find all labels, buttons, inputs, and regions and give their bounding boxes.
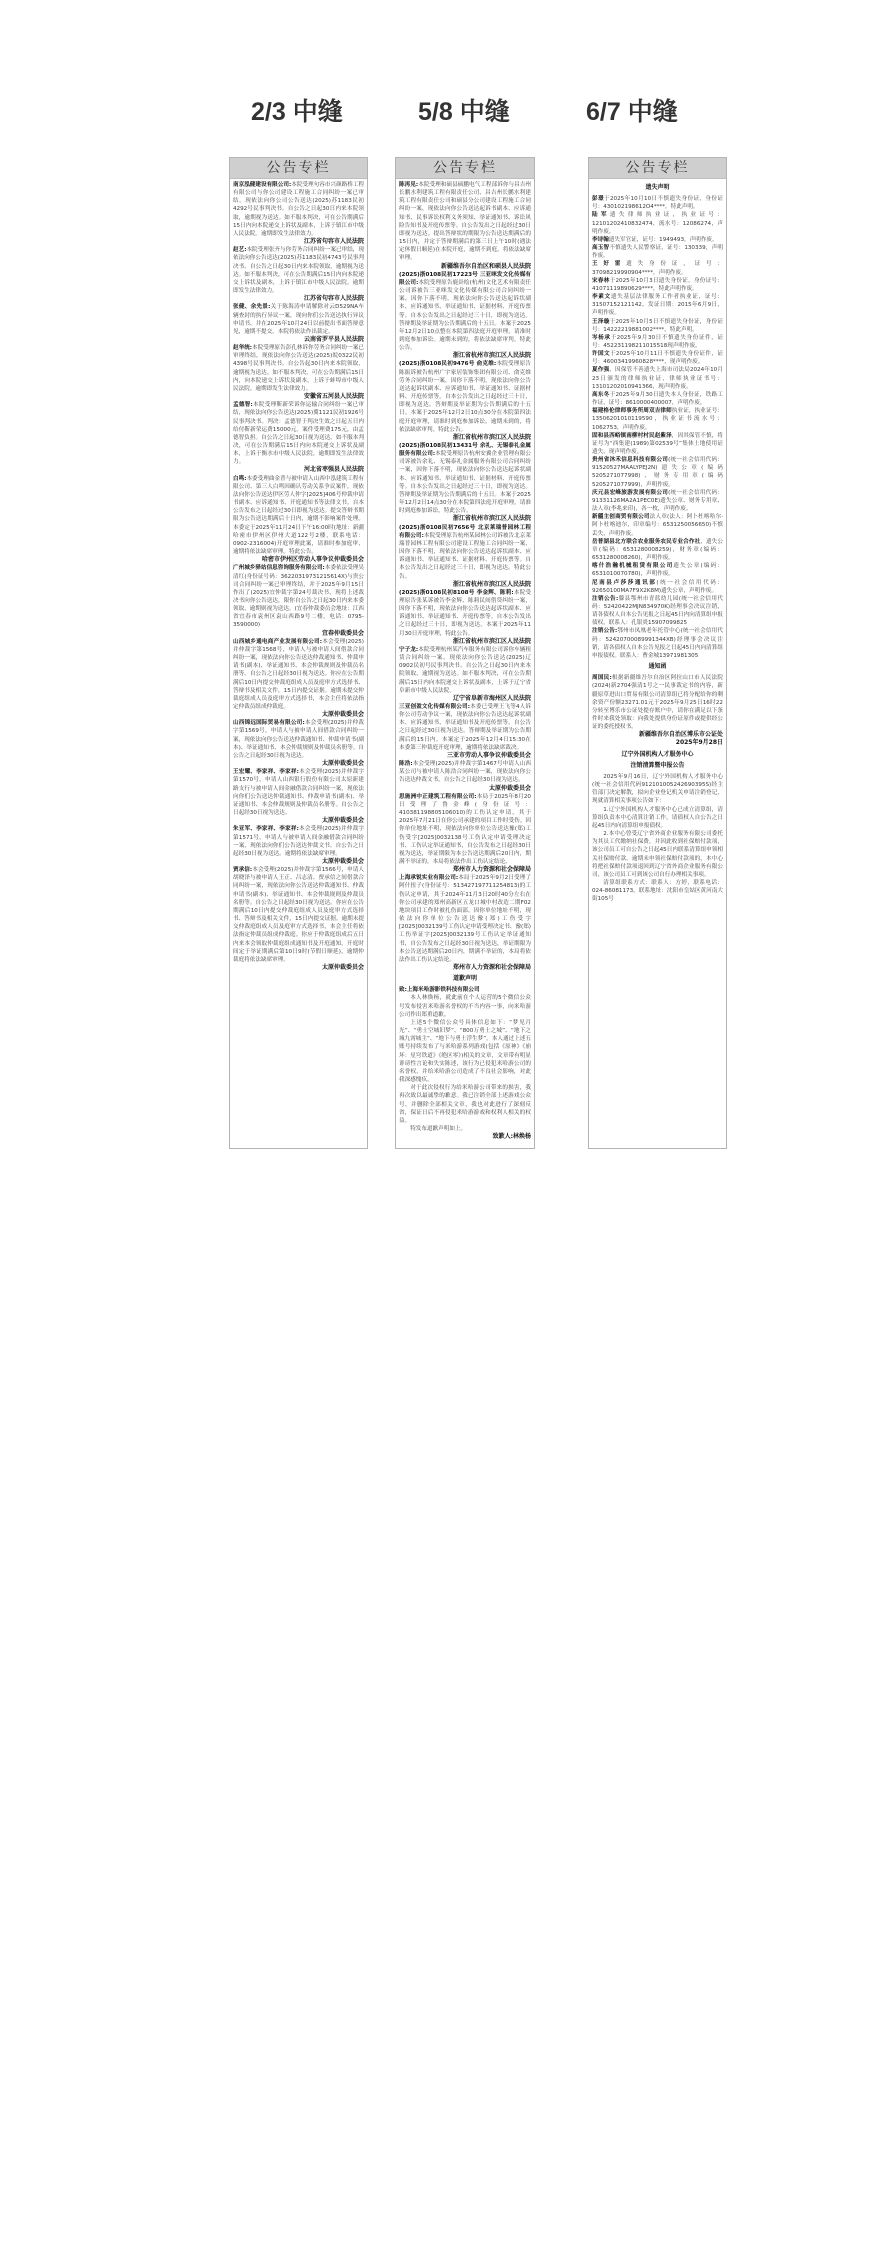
notice-signature: 宜春仲裁委员会 (233, 630, 364, 638)
notice-text: 本院受理句容市兴颜路桥工程有限公司与你公司建设工程施工合同纠纷一案已审结，现依法… (233, 182, 364, 237)
notice-signature: 河北省枣强县人民法院 (233, 466, 364, 474)
notice-paragraph: 清算组联系方式：联系人：方婷，联系电话：024-86081173，联系地址：沈阳… (592, 879, 723, 903)
notice-item: 致:上海米哈游影铁科技有限公司 (399, 986, 531, 994)
notice-item: 山西锦远国际贸易有限公司:本会受理(2025)并仲裁字第1569号，申请人与被申… (233, 719, 364, 760)
notice-item: 南京泓健建设有限公司:本院受理句容市兴颜路桥工程有限公司与你公司建设工程施工合同… (233, 181, 364, 238)
notice-paragraph: 对于此次侵权行为给米哈游公司带来的损害，我再次致以最诚挚的歉意。我已注销全部上述… (399, 1084, 531, 1125)
notice-text: 于2025年9月30日不慎遗失身份证件，证号：45223119821101551… (592, 335, 723, 349)
notice-entity: (2025)浙0108民初9476号 俞克维: (399, 361, 496, 367)
notice-item: 王好雷遗失身份证，证号：37098219990904****，声明作废。 (592, 260, 723, 276)
notice-entity: 致:上海米哈游影铁科技有限公司 (399, 987, 480, 993)
notice-text: 本会受理(2025)并仲裁字第1570号，申请人山西银行股份有限公司太原新建路支… (233, 769, 364, 816)
notice-entity: 南京泓健建设有限公司: (233, 182, 291, 188)
notice-item: 陈浩:本会受理(2025)并仲裁字第1467号申请人山西某公司与被申请人陈浩合同… (399, 760, 531, 784)
notice-paragraph: 本人林焕杨，就此前在个人运营的5个微信公众号发布侵害米哈游名誉权的不当内容一事，… (399, 994, 531, 1018)
notice-item: 岳普湖县北方联合农业服务农民专业合作社，遗失公章(编码：653128000825… (592, 538, 723, 562)
column-body: 南京泓健建设有限公司:本院受理句容市兴颜路桥工程有限公司与你公司建设工程施工合同… (230, 179, 367, 974)
notice-signature: 浙江省杭州市滨江区人民法院 (399, 581, 531, 589)
notice-entity: 白鸣: (233, 476, 246, 482)
notice-item: 福建格伦律师事务所周双吉律师执业证，执业证号：13506201010119590… (592, 407, 723, 431)
notice-item: 李诗翰遗失军官证，证号：1949493，声明作废。 (592, 236, 723, 244)
notice-item: 宋春林于2025年10月3日遗失身份证，身份证号：41071119890629*… (592, 277, 723, 293)
notice-signature: 浙江省杭州市滨江区人民法院 (399, 638, 531, 646)
notice-signature: 安徽省五河县人民法院 (233, 393, 364, 401)
notice-entity: 夏作强 (592, 367, 609, 373)
notice-entity: 高东冬 (592, 392, 610, 398)
notice-paragraph: 1.辽宁外国机构人才服务中心已成立清算组，清算组负责本中心清算注销工作，请债权人… (592, 806, 723, 830)
notice-item: 陆军遗失律师执业证，执业证号：12101202410832474，流水号：120… (592, 211, 723, 235)
notice-item: 注销公告:滕县鄂州市青蓝幼儿园(统一社会信用代码：52420422MJN8349… (592, 595, 723, 628)
notice-entity: 三亚创盈文化传媒有限公司: (399, 704, 470, 710)
notice-column-2: 公告专栏 陈再见:本院受理和硕县硕鹏电气工程部诉你与昌吉州长鹏水利建筑工程有限责… (395, 157, 535, 1149)
notice-column-3: 公告专栏 遗失声明彭璟于2025年10月10日不慎遗失身份证，身份证号：4301… (588, 157, 727, 1149)
notice-entity: 高玉智 (592, 245, 609, 251)
column-header: 公告专栏 (230, 158, 367, 179)
notice-entity: 彭璟 (592, 196, 604, 202)
notice-text: 本院受理原告杭州安翼企业管理有限公司诉被告余礼、无锡泰礼金属服务有限公司合同纠纷… (399, 451, 531, 514)
notice-signature: 郑州市人力资源和社会保障局 (399, 964, 531, 972)
notice-text: 本会受理(2025)并仲裁字第1566号，申请人胡晓泽与被申请人王正、吕志清、贾… (233, 867, 364, 963)
notice-title: 注销清算暨申报公告 (592, 762, 723, 770)
notice-signature: 浙江省杭州市滨江区人民法院 (399, 434, 531, 442)
notice-item: 新疆主创商贸有限公司法人章(法人：阿卜杜喀哈尔·阿卜杜喀迪尔，印章编号：6531… (592, 513, 723, 537)
notice-entity: 注销公告: (592, 628, 617, 634)
notice-entity: 李诗翰 (592, 237, 609, 243)
notice-item: 尼南县卢莎莎通讯部(统一社会信用代码：92650100MA7F9X2K8M)遗失… (592, 579, 723, 595)
notice-text: 本局于2025年9月2日受理了阿什扭子(身份证号：513427197711254… (399, 875, 531, 963)
notice-text: 不慎遗失人民警察证，证号：130339，声明作废。 (592, 245, 723, 259)
notice-signature: 太原仲裁委员会 (233, 858, 364, 866)
notice-text: 本局于2025年8月20日受理了鲁金峰(身份证号：410381198805106… (399, 794, 531, 865)
notice-item: 王泽璇于2025年10月5日不慎遗失身份证，身份证号：1422221988100… (592, 318, 723, 334)
notice-item: 许国文于2025年10月11日不慎遗失身份证件，证号：4600341996082… (592, 350, 723, 366)
notice-item: 彭璟于2025年10月10日不慎遗失身份证，身份证号：430102198612O… (592, 195, 723, 211)
notice-signature: 江苏省句容市人民法院 (233, 295, 364, 303)
notice-text: 本院受理靳新荣诉你运输合同纠纷一案已审结，现依法向你公告送达(2025)冀112… (233, 402, 364, 465)
notice-entity: 山西锦远国际贸易有限公司: (233, 720, 305, 726)
notice-item: 思施洲中正建筑工程有限公司:本局于2025年8月20日受理了鲁金峰(身份证号：4… (399, 793, 531, 866)
notice-item: (2025)浙0108民初7656号 北京莱瑞普园林工程有限公司:本院受理原告杭… (399, 524, 531, 581)
notice-signature: 致歉人:林焕杨 (399, 1133, 531, 1141)
notice-item: 陈再见:本院受理和硕县硕鹏电气工程部诉你与昌吉州长鹏水利建筑工程有限责任公司、昌… (399, 181, 531, 263)
notice-text: 本院受理原告张某诉被告李金辉、陈莉民间借贷纠纷一案，因你下落不明，现依法向你公告… (399, 590, 531, 637)
notice-entity: 新疆主创商贸有限公司 (592, 514, 650, 520)
notice-item: 岑杨承于2025年9月30日不慎遗失身份证件，证号：45223119821101… (592, 334, 723, 350)
notice-text: 本委依法受理吴清红(身份证号码：36220319731215614X)与贵公司合… (233, 565, 364, 628)
notice-entity: 注销公告: (592, 596, 618, 602)
notice-entity: 福建格伦律师事务所周双吉律师 (592, 408, 672, 414)
notice-signature: 太原仲裁委员会 (233, 711, 364, 719)
notice-paragraph: 2025年9月16日，辽宁外国机构人才服务中心(统一社会信用代码91210100… (592, 773, 723, 806)
notice-entity: 周国民: (592, 675, 612, 681)
notice-text: 本院受理张齐与你劳务合同纠纷一案已审结，现依法向你公告送达(2025)苏1183… (233, 247, 364, 294)
notice-text: 于2025年10月10日不慎遗失身份证，身份证号：430102198612O4*… (592, 196, 723, 210)
fold-label-2-3: 2/3 中缝 (251, 92, 343, 128)
notice-signature: 三亚市劳动人事争议仲裁委员会 (399, 752, 531, 760)
notice-text: 本院受理原告鹿卦绘(杭州)文化艺术有限责任公司诉被告三亚咪发文化传媒有限公司合同… (399, 280, 531, 351)
notice-text: 本会受理(2025)并仲裁字第1467号申请人山西某公司与被申请人陈浩合同纠纷一… (399, 761, 531, 783)
notice-item: 宁子龙:本院受理杭州某汽车服务有限公司诉你车辆租赁合同纠纷一案，现依法向你公告送… (399, 646, 531, 695)
notice-item: 赵华统:本院受理原告彭孔林诉你劳务合同纠纷一案已审理终结，现依法向你公告送达(2… (233, 344, 364, 393)
notice-signature: 太原仲裁委员会 (399, 785, 531, 793)
notice-item: 朱亚军、李家祥、李家祥:本会受理(2025)并仲裁字第1571号，申请人与被申请… (233, 825, 364, 858)
notice-item: 高玉智不慎遗失人民警察证，证号：130339，声明作废。 (592, 244, 723, 260)
notice-text: 于2025年10月3日遗失身份证，身份证号：41071119890629****… (592, 278, 723, 292)
notice-entity: 王宏耀、李家祥、李家祥: (233, 769, 299, 775)
notice-entity: 孟德智: (233, 402, 253, 408)
notice-item: 孟德智:本院受理靳新荣诉你运输合同纠纷一案已审结，现依法向你公告送达(2025)… (233, 401, 364, 466)
notice-entity: 赵华统: (233, 345, 252, 351)
column-body: 陈再见:本院受理和硕县硕鹏电气工程部诉你与昌吉州长鹏水利建筑工程有限责任公司、昌… (396, 179, 534, 1143)
notice-text: 遗失军官证，证号：1949493，声明作废。 (609, 237, 718, 243)
notice-title: 辽宁外国机构人才服务中心 (592, 751, 723, 759)
column-header: 公告专栏 (589, 158, 726, 179)
notice-paragraph: 特发布道歉声明如上。 (399, 1125, 531, 1133)
notice-text: 根据新疆维吾尔自治区阿拉山口市人民法院(2024)新2704强清1号之一民事裁定… (592, 675, 723, 730)
notice-entity: 王泽璇 (592, 319, 610, 325)
notice-entity: 喀什浩瀚机械租赁有限公司 (592, 563, 673, 569)
notice-entity: 固和县西峪镇南柳村村民赵紫泽 (592, 433, 672, 439)
notice-item: 贾承信:本会受理(2025)并仲裁字第1566号，申请人胡晓泽与被申请人王正、吕… (233, 866, 364, 964)
notice-item: 固和县西峪镇南柳村村民赵紫泽，因其保管不慎，将证号为“西集建(1989)第025… (592, 432, 723, 456)
notice-signature: 哈密市伊州区劳动人事争议仲裁委员会 (233, 556, 364, 564)
notice-entity: 广州城乡驿站信息咨询服务有限公司: (233, 565, 325, 571)
notice-item: 喀什浩瀚机械租赁有限公司遗失公章(编码：6531010070780)，声明作废。 (592, 562, 723, 578)
notice-item: (2025)浙0108民初13431号 余礼、无锡泰礼金属服务有限公司:本院受理… (399, 442, 531, 515)
notice-item: (2025)浙0108民初9476号 俞克维:本院受理原告陈振诉被告杭州广宇家居… (399, 360, 531, 433)
notice-entity: 贵州省沐禾信息科技有限公司 (592, 457, 668, 463)
notice-title: 道歉声明 (399, 975, 531, 983)
notice-signature: 太原仲裁委员会 (233, 964, 364, 972)
notice-text: ，因保管不善遗失上海市司法局2024年10月23日颁发的律师执业证，律师执业证书… (592, 367, 723, 389)
notice-signature: 2025年9月28日 (592, 739, 723, 747)
notice-text: 遗失基层法律服务工作者执业证，证号：31507152121142，发证日期：20… (592, 294, 723, 316)
notice-item: (2025)浙0108民初8108号 李金辉、陈莉:本院受理原告张某诉被告李金辉… (399, 589, 531, 638)
notice-entity: 王好雷 (592, 261, 626, 267)
notice-paragraph: 2.本中心曾受辽宁省外商企业服务有限公司委托为其员工代缴纳社保费，并因此收到社保… (592, 830, 723, 879)
notice-entity: 庆元县宏峰旅游发展有限公司 (592, 490, 668, 496)
notice-signature: 云南省罗平县人民法院 (233, 336, 364, 344)
notice-title: 遗失声明 (592, 184, 723, 192)
notice-entity: 朱亚军、李家祥、李家祥: (233, 826, 299, 832)
notice-entity: 宋春林 (592, 278, 610, 284)
notice-item: 夏作强，因保管不善遗失上海市司法局2024年10月23日颁发的律师执业证，律师执… (592, 366, 723, 390)
fold-label-5-8: 5/8 中缝 (418, 92, 510, 128)
notice-signature: 浙江省杭州市滨江区人民法院 (399, 352, 531, 360)
notice-item: 王宏耀、李家祥、李家祥:本会受理(2025)并仲裁字第1570号，申请人山西银行… (233, 768, 364, 817)
notice-text: 于2025年10月11日不慎遗失身份证件，证号：46003419960828**… (592, 351, 723, 365)
notice-text: 本院受理杭州某汽车服务有限公司诉你车辆租赁合同纠纷一案，现依法向你公告送达(20… (399, 647, 531, 694)
notice-entity: 陈再见: (399, 182, 418, 188)
column-header: 公告专栏 (396, 158, 534, 179)
notice-paragraph: 上述5个微信公众号具体信息如下：“梦见月光”、“勇士空城旧梦”、“800万勇士之… (399, 1019, 531, 1084)
notice-signature: 太原仲裁委员会 (233, 760, 364, 768)
notice-text: 本委已受理王飞等4人诉你公司劳动争议一案，现依法向你公告送达起诉状副本、应诉通知… (399, 704, 531, 751)
notice-item: 高东冬于2025年9月30日遗失本人身份证，铁路工作证，证号：861000040… (592, 391, 723, 407)
notice-entity: 宁子龙: (399, 647, 418, 653)
notice-entity: 陈浩: (399, 761, 413, 767)
notice-item: 上海承锐实业有限公司:本局于2025年9月2日受理了阿什扭子(身份证号：5134… (399, 874, 531, 964)
notice-item: 山西城乡通电商产业发展有限公司:本会受理(2025)并仲裁字第1568号，申请人… (233, 638, 364, 711)
notice-entity: 尼南县卢莎莎通讯部 (592, 580, 656, 586)
notice-entity: 赵艺: (233, 247, 246, 253)
notice-item: 庆元县宏峰旅游发展有限公司(统一社会信用代码：91331126MA2A1PEC0… (592, 489, 723, 513)
notice-entity: 张健、余先景: (233, 304, 270, 310)
notice-entity: 上海承锐实业有限公司: (399, 875, 458, 881)
notice-item: 周国民:根据新疆维吾尔自治区阿拉山口市人民法院(2024)新2704强清1号之一… (592, 674, 723, 731)
notice-entity: 山西城乡通电商产业发展有限公司: (233, 639, 322, 645)
notice-item: 赵艺:本院受理张齐与你劳务合同纠纷一案已审结，现依法向你公告送达(2025)苏1… (233, 246, 364, 295)
notice-entity: 岑杨承 (592, 335, 611, 341)
notice-column-1: 公告专栏 南京泓健建设有限公司:本院受理句容市兴颜路桥工程有限公司与你公司建设工… (229, 157, 368, 1149)
notice-text: 本院受理原告陈振诉被告杭州广宇家居装饰集团有限公司、俞克维劳务合同纠纷一案，因你… (399, 361, 531, 432)
notice-signature: 辽宁省阜新市海州区人民法院 (399, 695, 531, 703)
notice-signature: 江苏省句容市人民法院 (233, 238, 364, 246)
notice-entity: 许国文 (592, 351, 610, 357)
notice-text: 于2025年10月5日不慎遗失身份证，身份证号：14222219881002**… (592, 319, 723, 333)
notice-text: 本会受理(2025)并仲裁字第1568号，申请人与被申请人间借款合同纠纷一案，现… (233, 639, 364, 710)
notice-item: 注销公告:鄂州市凤凰老年托管中心(统一社会信用代码：52420700089991… (592, 627, 723, 660)
notice-item: 白鸣:本委受理曲金普与被申请人山西中泓建筑工程有限公司、第三人白鸣因确认劳动关系… (233, 475, 364, 557)
notice-signature: 郑州市人力资源和社会保障局 (399, 866, 531, 874)
fold-label-6-7: 6/7 中缝 (586, 92, 678, 128)
notice-item: 贵州省沐禾信息科技有限公司(统一社会信用代码：91520527MAALYPEJ2… (592, 456, 723, 489)
notice-signature: 新疆维吾尔自治区和硕县人民法院 (399, 263, 531, 271)
notice-entity: 贾承信: (233, 867, 252, 873)
notice-text: 于2025年9月30日遗失本人身份证，铁路工作证，证号：861000040000… (592, 392, 723, 406)
notice-text: 本院受理原告彭孔林诉你劳务合同纠纷一案已审理终结，现依法向你公告送达(2025)… (233, 345, 364, 392)
notice-title: 通知函 (592, 663, 723, 671)
column-body: 遗失声明彭璟于2025年10月10日不慎遗失身份证，身份证号：430102198… (589, 179, 726, 905)
notice-text: 本院受理原告杭州某园林公司诉被告北京莱瑞普园林工程有限公司建设工程施工合同纠纷一… (399, 533, 531, 580)
notice-item: 张健、余先景:关于陈海涛申请解除对云D529NA车辆查封的执行异议一案，现向你们… (233, 303, 364, 336)
notice-entity: 思施洲中正建筑工程有限公司: (399, 794, 477, 800)
notice-entity: (2025)浙0108民初8108号 李金辉、陈莉: (399, 590, 514, 596)
notice-signature: 太原仲裁委员会 (233, 817, 364, 825)
notice-signature: 浙江省杭州市滨江区人民法院 (399, 515, 531, 523)
notice-entity: 陆军 (592, 212, 610, 218)
notice-text: 遗失律师执业证，执业证号：12101202410832474，流水号：12086… (592, 212, 723, 234)
notice-item: 广州城乡驿站信息咨询服务有限公司:本委依法受理吴清红(身份证号码：3622031… (233, 564, 364, 629)
notice-item: (2025)浙0108民初17223号 三亚咪发文化传媒有限公司:本院受理原告鹿… (399, 271, 531, 353)
notice-entity: 岳普湖县北方联合农业服务农民专业合作社 (592, 539, 700, 545)
notice-text: 本院受理和硕县硕鹏电气工程部诉你与昌吉州长鹏水利建筑工程有限责任公司、昌吉州长鹏… (399, 182, 531, 261)
notice-item: 三亚创盈文化传媒有限公司:本委已受理王飞等4人诉你公司劳动争议一案，现依法向你公… (399, 703, 531, 752)
notice-item: 李素文遗失基层法律服务工作者执业证，证号：31507152121142，发证日期… (592, 293, 723, 317)
notice-entity: 李素文 (592, 294, 611, 300)
notice-text: 本委受理曲金普与被申请人山西中泓建筑工程有限公司、第三人白鸣因确认劳动关系争议案… (233, 476, 364, 555)
